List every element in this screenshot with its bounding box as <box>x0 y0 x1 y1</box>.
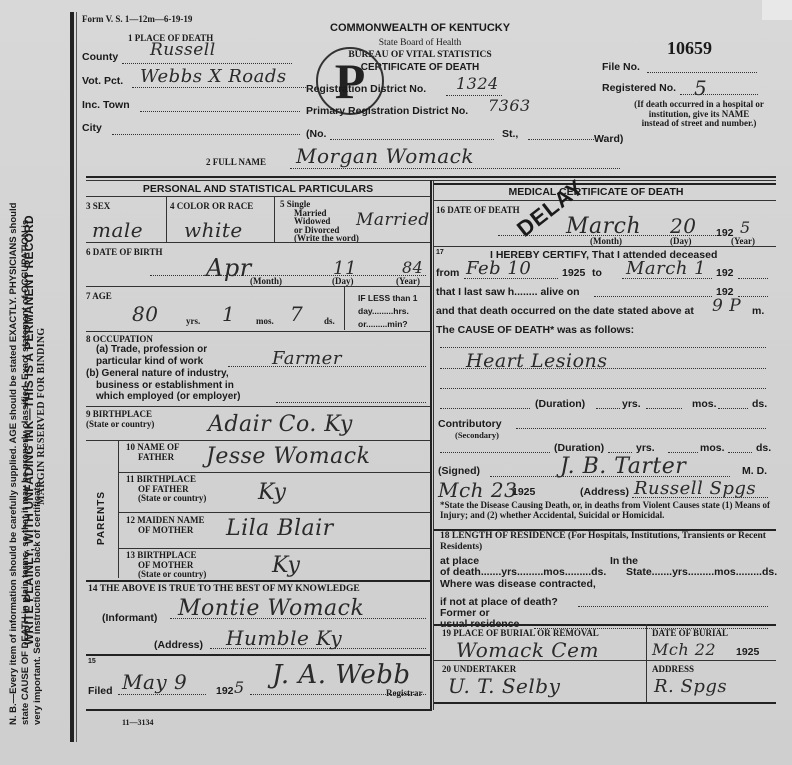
duration-mos-1: mos. <box>692 398 717 410</box>
md-label: M. D. <box>742 465 767 477</box>
age-label: 7 AGE <box>86 291 112 301</box>
physician-address-value: Russell Spgs <box>634 478 756 499</box>
num-17: 17 <box>436 249 444 256</box>
footer-code: 11—3134 <box>122 718 154 727</box>
medical-header: MEDICAL CERTIFICATE OF DEATH <box>436 186 756 198</box>
dob-month-caption: (Month) <box>250 276 282 286</box>
last-saw-text: that I last saw h........ alive on <box>436 286 580 298</box>
sex-value: male <box>92 218 143 242</box>
county-value: Russell <box>150 40 216 60</box>
marital-labels: 5 Single Married Widowed or Divorced (Wr… <box>280 200 359 243</box>
cause-label: The CAUSE OF DEATH* was as follows: <box>436 324 634 336</box>
file-number: 10659 <box>667 38 712 59</box>
burial-place-value: Womack Cem <box>456 638 599 662</box>
sex-label: 3 SEX <box>86 201 110 211</box>
contributory-label: Contributory <box>438 418 502 430</box>
age-days: 7 <box>290 302 303 326</box>
filed-label: Filed <box>88 685 113 697</box>
file-no-label: File No. <box>602 61 640 73</box>
mother-birthplace-label: 13 BIRTHPLACE OF MOTHER (State or countr… <box>126 551 206 580</box>
dob-label: 6 DATE OF BIRTH <box>86 247 162 257</box>
nb-line-2: state CAUSE OF DEATH in plain terms, so … <box>20 220 31 725</box>
marital-value: Married <box>356 210 430 230</box>
less-than-day: IF LESS than 1 day.........hrs. or......… <box>358 292 418 331</box>
filed-year-suffix: 5 <box>234 678 245 697</box>
duration-ds-2: ds. <box>756 442 771 454</box>
from-date: Feb 10 <box>466 258 531 279</box>
dod-month-caption: (Month) <box>590 236 622 246</box>
mother-birthplace-value: Ky <box>272 553 300 578</box>
birthplace-label: 9 BIRTHPLACE (State or country) <box>86 409 154 429</box>
form-border <box>70 12 74 742</box>
father-name-label: 10 NAME OF FATHER <box>126 443 180 462</box>
age-months: 1 <box>222 302 235 326</box>
informant-label: (Informant) <box>102 612 157 624</box>
duration-ds-1: ds. <box>752 398 767 410</box>
occupation-label: 8 OCCUPATION <box>86 334 153 344</box>
death-time: 9 P <box>712 296 741 316</box>
personal-header: PERSONAL AND STATISTICAL PARTICULARS <box>88 183 428 195</box>
to-label: to <box>592 267 602 279</box>
of-death-residence: of death.......yrs.........mos.........d… <box>440 566 606 578</box>
state-title: COMMONWEALTH OF KENTUCKY <box>330 22 510 34</box>
burial-place-label: 19 PLACE OF BURIAL OR REMOVAL <box>442 628 599 638</box>
dod-year-suffix: 5 <box>740 218 751 237</box>
full-name-label: 2 FULL NAME <box>206 157 266 167</box>
dob-month: Apr <box>206 254 252 282</box>
page-corner <box>762 0 792 20</box>
contracted-label-1: Where was disease contracted, <box>440 578 596 590</box>
age-years: 80 <box>132 302 158 326</box>
full-name-value: Morgan Womack <box>296 144 474 168</box>
dob-day-caption: (Day) <box>332 276 354 286</box>
undertaker-address-label: ADDRESS <box>652 664 694 674</box>
nb-line-3: very important. See instructions on back… <box>32 480 43 725</box>
date-of-death-label: 16 DATE OF DEATH <box>436 205 520 215</box>
reg-district-label: Registration District No. <box>306 83 426 95</box>
undertaker-value: U. T. Selby <box>448 674 560 698</box>
father-birthplace-value: Ky <box>258 480 286 505</box>
cause-footnote: *State the Disease Causing Death, or, in… <box>440 500 770 520</box>
duration-label-2: (Duration) <box>554 442 604 454</box>
age-mos-label: mos. <box>256 316 274 326</box>
informant-header: 14 THE ABOVE IS TRUE TO THE BEST OF MY K… <box>88 584 360 594</box>
race-value: white <box>184 218 243 242</box>
filed-number: 15 <box>88 658 96 665</box>
form-border-inner <box>76 12 77 742</box>
m-suffix: m. <box>752 305 764 317</box>
residence-label: 18 LENGTH OF RESIDENCE (For Hospitals, I… <box>440 531 770 553</box>
to-date: March 1 <box>626 258 706 279</box>
vot-pct-value: Webbs X Roads <box>140 66 287 87</box>
informant-address-value: Humble Ky <box>226 626 342 650</box>
primary-reg-label: Primary Registration District No. <box>306 105 468 117</box>
undertaker-address-value: R. Spgs <box>654 676 727 697</box>
burial-date-value: Mch 22 <box>652 640 716 659</box>
parents-label: PARENTS <box>96 491 107 545</box>
city-label: City <box>82 122 102 134</box>
age-yrs-label: yrs. <box>186 316 200 326</box>
occupation-a-labels: (a) Trade, profession or particular kind… <box>96 344 207 367</box>
st-label: St., <box>502 128 518 140</box>
registered-no-label: Registered No. <box>602 82 676 94</box>
duration-yrs-1: yrs. <box>622 398 641 410</box>
race-label: 4 COLOR OR RACE <box>170 201 253 211</box>
primary-reg-value: 7363 <box>488 96 531 115</box>
binding-margin: MARGIN RESERVED FOR BINDING WRITE PLAINL… <box>8 35 72 725</box>
dod-year-caption: (Year) <box>731 236 755 246</box>
nb-line-1: N. B.—Every item of information should b… <box>8 203 19 725</box>
from-label: from <box>436 267 459 279</box>
registered-no-value: 5 <box>694 76 707 100</box>
registrar-signature: J. A. Webb <box>272 660 411 690</box>
informant-address-label: (Address) <box>154 639 203 651</box>
mother-name-label: 12 MAIDEN NAME OF MOTHER <box>126 516 205 535</box>
age-ds-label: ds. <box>324 316 335 326</box>
undertaker-label: 20 UNDERTAKER <box>442 664 516 674</box>
signed-date: Mch 23 <box>438 478 517 502</box>
death-occurred-text: and that death occurred on the date stat… <box>436 305 694 317</box>
death-certificate: MARGIN RESERVED FOR BINDING WRITE PLAINL… <box>0 0 792 765</box>
physician-address-label: (Address) <box>580 486 629 498</box>
burial-date-label: DATE OF BURIAL <box>652 628 728 638</box>
father-name-value: Jesse Womack <box>206 444 370 469</box>
occupation-b-labels: (b) General nature of industry, business… <box>86 368 240 403</box>
county-label: County <box>82 51 118 63</box>
birthplace-value: Adair Co. Ky <box>208 412 353 437</box>
duration-mos-2: mos. <box>700 442 725 454</box>
to-year: 192 <box>716 267 734 279</box>
secondary-label: (Secondary) <box>455 430 499 440</box>
dod-day-caption: (Day) <box>670 236 692 246</box>
signed-year: 1925 <box>512 486 535 498</box>
registrar-label: Registrar <box>386 688 422 698</box>
duration-label-1: (Duration) <box>535 398 585 410</box>
in-state-residence: State.......yrs.........mos.........ds. <box>626 566 777 578</box>
binding-notice: MARGIN RESERVED FOR BINDING <box>36 328 47 506</box>
dob-year-caption: (Year) <box>396 276 420 286</box>
father-birthplace-label: 11 BIRTHPLACE OF FATHER (State or countr… <box>126 475 206 504</box>
vot-pct-label: Vot. Pct. <box>82 75 123 87</box>
filed-date: May 9 <box>122 670 187 694</box>
reg-district-value: 1324 <box>456 74 499 93</box>
no-label: (No. <box>306 128 326 140</box>
duration-yrs-2: yrs. <box>636 442 655 454</box>
form-number: Form V. S. 1—12m—6-19-19 <box>82 14 192 24</box>
ward-label: Ward) <box>594 133 623 145</box>
signed-label: (Signed) <box>438 465 480 477</box>
mother-name-value: Lila Blair <box>226 516 334 541</box>
filed-year-prefix: 192 <box>216 685 234 697</box>
inc-town-label: Inc. Town <box>82 99 130 111</box>
from-year: 1925 <box>562 267 585 279</box>
burial-year: 1925 <box>736 646 759 658</box>
hospital-note: (If death occurred in a hospital or inst… <box>634 100 764 129</box>
board-title: State Board of Health <box>330 38 510 48</box>
